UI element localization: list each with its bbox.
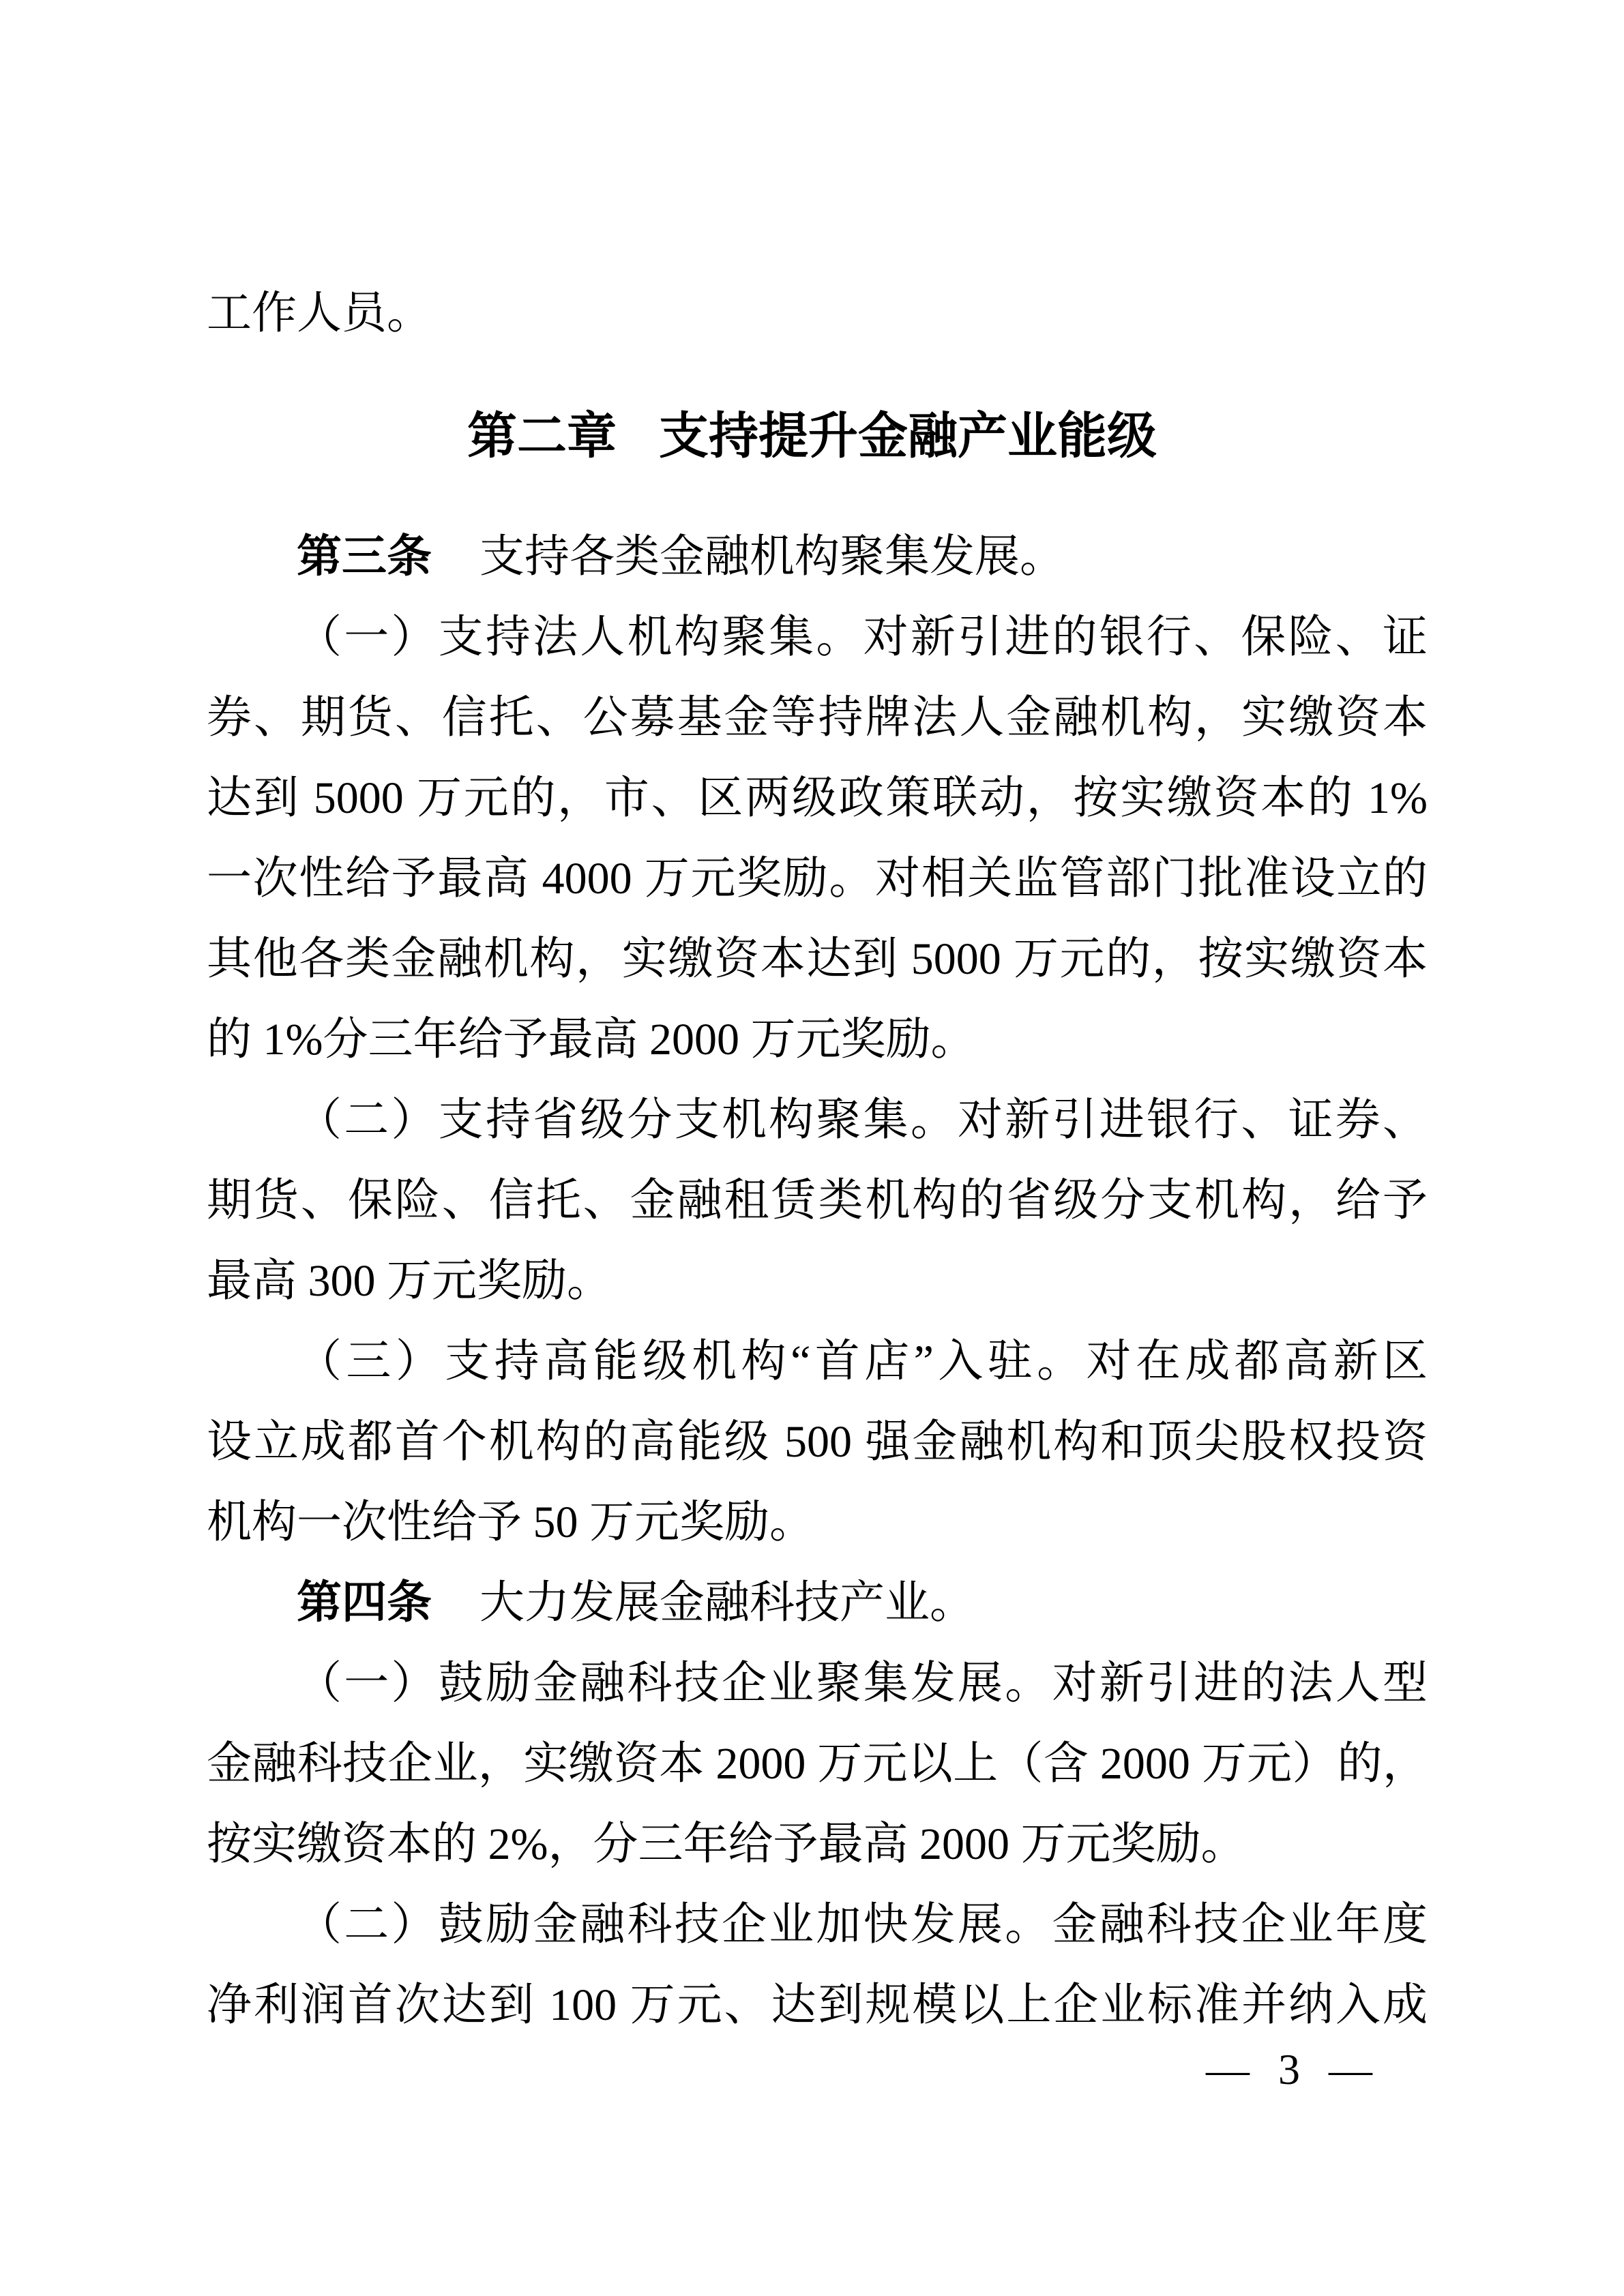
body-line: 设立成都首个机构的高能级 500 强金融机构和顶尖股权投资 <box>207 1402 1428 1482</box>
article-label: 第四条 <box>297 1578 432 1628</box>
body-line: 一次性给予最高 4000 万元奖励。对相关监管部门批准设立的 <box>207 839 1428 919</box>
body-line: （二）支持省级分支机构聚集。对新引进银行、证券、 <box>207 1080 1428 1161</box>
body-line: 期货、保险、信托、金融租赁类机构的省级分支机构，给予 <box>207 1161 1428 1241</box>
body-line: 的 1%分三年给予最高 2000 万元奖励。 <box>207 1000 1428 1080</box>
body-line: （一）鼓励金融科技企业聚集发展。对新引进的法人型 <box>207 1643 1428 1724</box>
chapter-heading: 第二章支持提升金融产业能级 <box>0 401 1624 472</box>
article-heading-line: 第三条支持各类金融机构聚集发展。 <box>207 517 1428 597</box>
article-heading-line: 第四条大力发展金融科技产业。 <box>207 1563 1428 1643</box>
article-title: 大力发展金融科技产业。 <box>479 1578 975 1628</box>
document-page: 工作人员。 第二章支持提升金融产业能级 第三条支持各类金融机构聚集发展。 （一）… <box>0 0 1624 2296</box>
body-line: （二）鼓励金融科技企业加快发展。金融科技企业年度 <box>207 1885 1428 1965</box>
chapter-number: 第二章 <box>467 408 617 464</box>
body-line: 其他各类金融机构，实缴资本达到 5000 万元的，按实缴资本 <box>207 919 1428 1000</box>
body-line: 按实缴资本的 2%，分三年给予最高 2000 万元奖励。 <box>207 1804 1428 1885</box>
article-title: 支持各类金融机构聚集发展。 <box>479 532 1065 582</box>
body-line: 最高 300 万元奖励。 <box>207 1241 1428 1322</box>
chapter-title: 支持提升金融产业能级 <box>659 408 1157 464</box>
body-line: 达到 5000 万元的，市、区两级政策联动，按实缴资本的 1% <box>207 758 1428 839</box>
body-line: 净利润首次达到 100 万元、达到规模以上企业标准并纳入成 <box>207 1965 1428 2046</box>
page-number: — 3 — <box>1206 2048 1372 2091</box>
paragraph-continuation-line: 工作人员。 <box>207 273 432 354</box>
document-body: 第三条支持各类金融机构聚集发展。 （一）支持法人机构聚集。对新引进的银行、保险、… <box>207 517 1428 2046</box>
body-line: 金融科技企业，实缴资本 2000 万元以上（含 2000 万元）的， <box>207 1724 1428 1804</box>
body-line: 机构一次性给予 50 万元奖励。 <box>207 1482 1428 1563</box>
article-label: 第三条 <box>297 532 432 582</box>
body-line: （一）支持法人机构聚集。对新引进的银行、保险、证 <box>207 597 1428 678</box>
body-line: （三）支持高能级机构“首店”入驻。对在成都高新区 <box>207 1322 1428 1402</box>
body-line: 券、期货、信托、公募基金等持牌法人金融机构，实缴资本 <box>207 678 1428 758</box>
